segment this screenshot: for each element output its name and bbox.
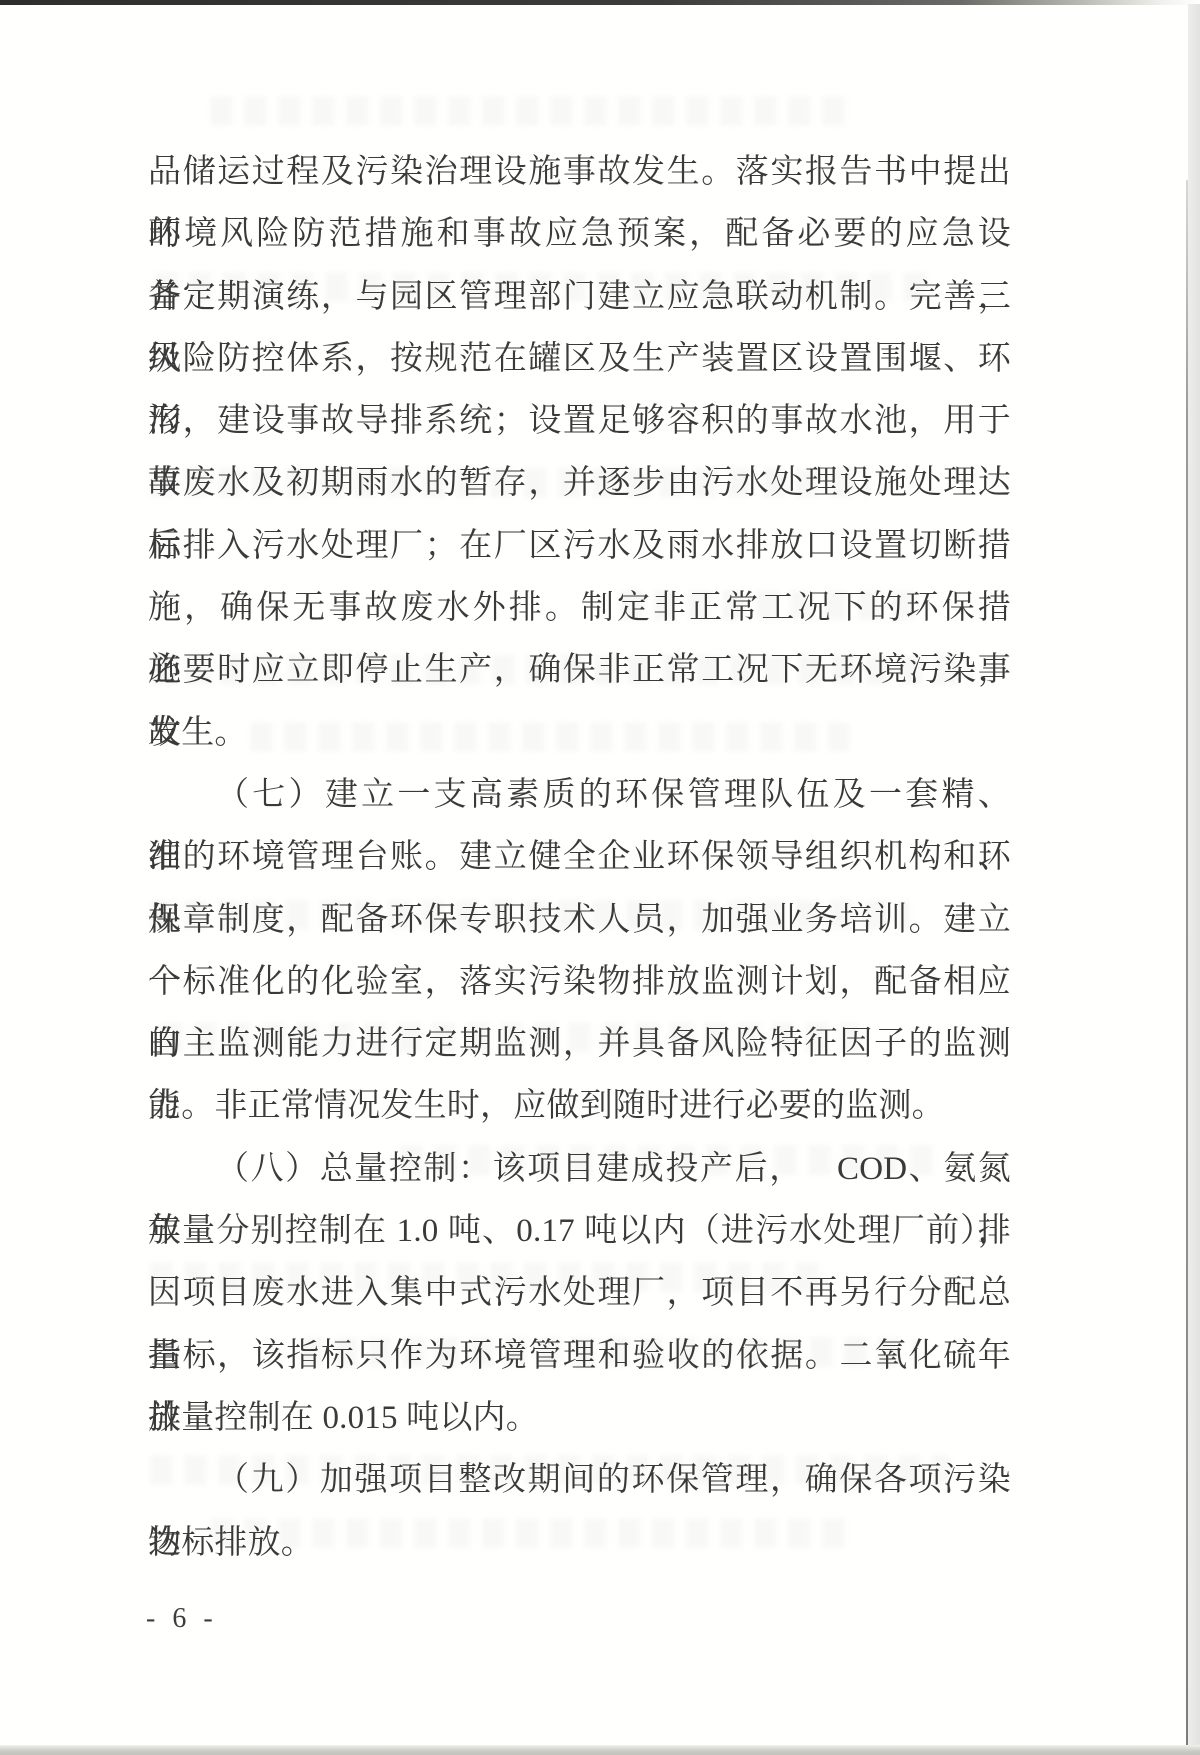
- text-line: 放量分别控制在 1.0 吨、0.17 吨以内（进污水处理厂前），: [148, 1200, 1011, 1262]
- text-line: 并定期演练，与园区管理部门建立应急联动机制。完善三级: [148, 266, 1011, 328]
- text-line: 必要时应立即停止生产，确保非正常工况下无环境污染事故: [148, 639, 1011, 701]
- bleed-through-ghost: [210, 96, 850, 126]
- text-line: 品储运过程及污染治理设施事故发生。落实报告书中提出的: [148, 141, 1011, 203]
- text-line: 风险防控体系，按规范在罐区及生产装置区设置围堰、环形: [148, 328, 1011, 390]
- text-line: 环境风险防范措施和事故应急预案，配备必要的应急设备，: [148, 203, 1011, 265]
- text-line: 个标准化的化验室，落实污染物排放监测计划，配备相应的: [148, 951, 1011, 1013]
- text-line: （七）建立一支高素质的环保管理队伍及一套精、细、: [148, 764, 1011, 826]
- text-line: 故废水及初期雨水的暂存，并逐步由污水处理设施处理达标: [148, 452, 1011, 514]
- scan-edge-bottom: [0, 1745, 1200, 1755]
- text-line: 因项目废水进入集中式污水处理厂，项目不再另行分配总量: [148, 1262, 1011, 1324]
- scan-edge-top: [0, 0, 1200, 5]
- text-line: 施，确保无事故废水外排。制定非正常工况下的环保措施，: [148, 577, 1011, 639]
- text-line: 力。非正常情况发生时，应做到随时进行必要的监测。: [148, 1075, 1011, 1137]
- text-line: 准的环境管理台账。建立健全企业环保领导组织机构和环保: [148, 826, 1011, 888]
- text-line: （九）加强项目整改期间的环保管理，确保各项污染物: [148, 1449, 1011, 1511]
- text-line: 指标，该指标只作为环境管理和验收的依据。二氧化硫年排: [148, 1325, 1011, 1387]
- document-body: 品储运过程及污染治理设施事故发生。落实报告书中提出的 环境风险防范措施和事故应急…: [148, 141, 1011, 1574]
- scan-edge-right-line: [1186, 180, 1188, 1755]
- text-line: 发生。: [148, 702, 1011, 764]
- text-line: 规章制度，配备环保专职技术人员，加强业务培训。建立一: [148, 889, 1011, 951]
- text-line: 自主监测能力进行定期监测，并具备风险特征因子的监测能: [148, 1013, 1011, 1075]
- text-line: 达标排放。: [148, 1512, 1011, 1574]
- text-line: 沟，建设事故导排系统；设置足够容积的事故水池，用于事: [148, 390, 1011, 452]
- scan-edge-right-shade: [1188, 4, 1200, 1755]
- text-line: 后排入污水处理厂；在厂区污水及雨水排放口设置切断措: [148, 515, 1011, 577]
- text-line: 放量控制在 0.015 吨以内。: [148, 1387, 1011, 1449]
- page-number: - 6 -: [146, 1603, 218, 1635]
- scanned-document-page: 品储运过程及污染治理设施事故发生。落实报告书中提出的 环境风险防范措施和事故应急…: [0, 0, 1200, 1755]
- text-line: （八）总量控制：该项目建成投产后， COD、氨氮年排: [148, 1138, 1011, 1200]
